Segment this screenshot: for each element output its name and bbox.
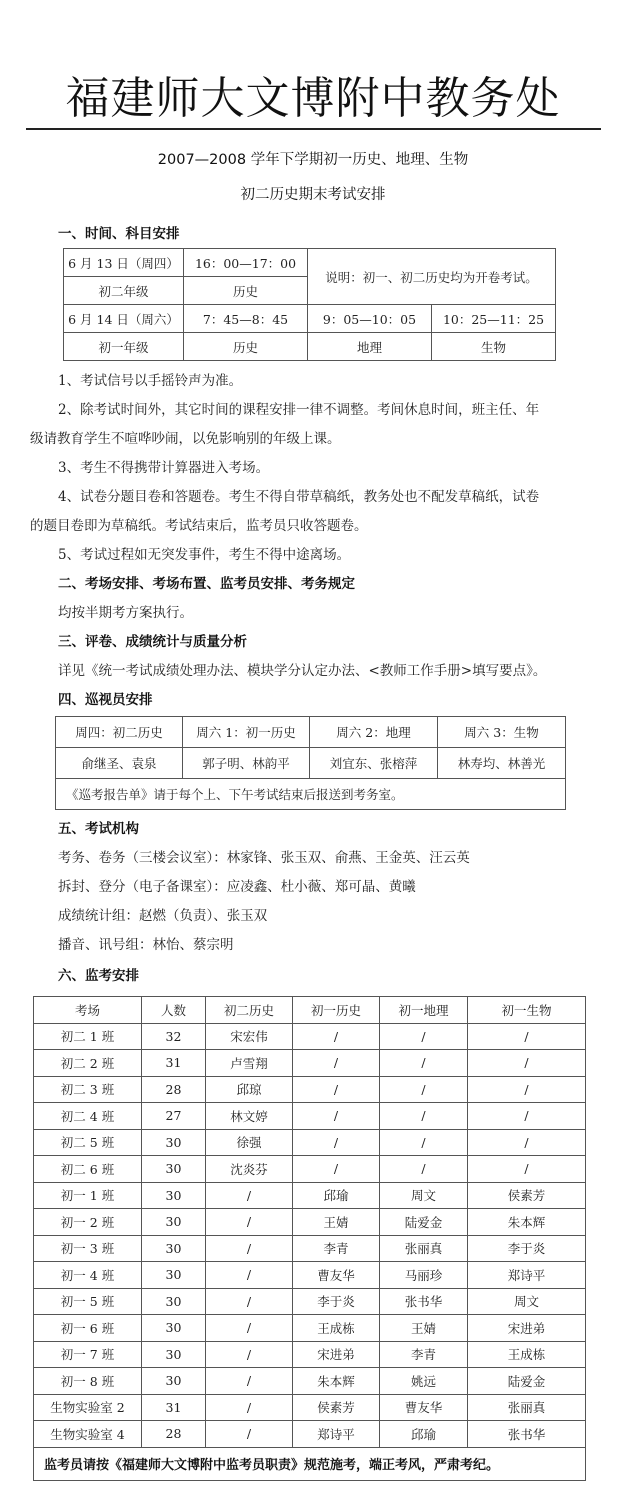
proctor: /	[293, 1076, 380, 1103]
schedule-time-g8-history: 16：00—17：00	[184, 249, 308, 277]
count: 30	[142, 1209, 206, 1236]
proctor: 沈炎芬	[206, 1156, 293, 1183]
proctor: 郑诗平	[293, 1421, 380, 1448]
proctor: 邱琼	[206, 1076, 293, 1103]
proctor: /	[380, 1129, 468, 1156]
room: 初二 5 班	[34, 1129, 142, 1156]
room: 初二 1 班	[34, 1023, 142, 1050]
patrol-table: 周四：初二历史 周六 1：初一历史 周六 2：地理 周六 3：生物 俞继圣、袁泉…	[55, 716, 566, 810]
table-row: 生物实验室 231/侯素芳曹友华张丽真	[34, 1394, 586, 1421]
room: 初二 6 班	[34, 1156, 142, 1183]
room: 初一 3 班	[34, 1235, 142, 1262]
proctor: 李青	[380, 1341, 468, 1368]
schedule-subject-g8-history: 历史	[184, 277, 308, 305]
table-row: 初二 1 班32宋宏伟///	[34, 1023, 586, 1050]
count: 27	[142, 1103, 206, 1130]
schedule-note: 说明：初一、初二历史均为开卷考试。	[308, 249, 556, 305]
proctor-col-g7-biology: 初一生物	[468, 997, 586, 1024]
organization-line-broadcast: 播音、讯号组：林怡、蔡宗明	[58, 936, 234, 954]
organization-line-exam-affairs: 考务、卷务（三楼会议室）：林家锋、张玉双、俞燕、王金英、汪云英	[58, 849, 470, 867]
proctor: 曹友华	[293, 1262, 380, 1289]
proctor: 周文	[468, 1288, 586, 1315]
proctor: /	[206, 1421, 293, 1448]
room: 生物实验室 2	[34, 1394, 142, 1421]
document-title-line1: 2007—2008 学年下学期初一历史、地理、生物	[0, 150, 626, 170]
proctor: 宋宏伟	[206, 1023, 293, 1050]
count: 31	[142, 1394, 206, 1421]
count: 30	[142, 1262, 206, 1289]
patrol-names: 俞继圣、袁泉	[56, 748, 183, 779]
patrol-note: 《巡考报告单》请于每个上、下午考试结束后报送到考务室。	[56, 779, 566, 810]
table-row: 初一 5 班30/李于炎张书华周文	[34, 1288, 586, 1315]
proctor-col-room: 考场	[34, 997, 142, 1024]
room: 初二 3 班	[34, 1076, 142, 1103]
proctor: 王成栋	[468, 1341, 586, 1368]
proctor: 陆爱金	[380, 1209, 468, 1236]
proctor: 张书华	[468, 1421, 586, 1448]
proctor-col-g8-history: 初二历史	[206, 997, 293, 1024]
count: 30	[142, 1288, 206, 1315]
table-row: 初一 2 班30/王婧陆爱金朱本辉	[34, 1209, 586, 1236]
rule-1: 1、考试信号以手摇铃声为准。	[58, 372, 242, 390]
proctor: /	[293, 1023, 380, 1050]
proctor: 曹友华	[380, 1394, 468, 1421]
proctor: 王婧	[380, 1315, 468, 1342]
table-row: 初一 3 班30/李青张丽真李于炎	[34, 1235, 586, 1262]
proctor: 李青	[293, 1235, 380, 1262]
proctor: 张丽真	[380, 1235, 468, 1262]
table-row: 初二 3 班28邱琼///	[34, 1076, 586, 1103]
grading-body: 详见《统一考试成绩处理办法、模块学分认定办法、<教师工作手册>填写要点》。	[58, 662, 546, 680]
count: 30	[142, 1315, 206, 1342]
schedule-grade-g7: 初一年级	[64, 333, 184, 361]
proctor: /	[468, 1050, 586, 1077]
proctor: /	[206, 1288, 293, 1315]
proctor: /	[380, 1156, 468, 1183]
count: 30	[142, 1182, 206, 1209]
table-row: 初二 4 班27林文婷///	[34, 1103, 586, 1130]
proctor: /	[468, 1023, 586, 1050]
rule-2-line2: 级请教育学生不喧哗吵闹，以免影响别的年级上课。	[30, 430, 341, 448]
count: 30	[142, 1341, 206, 1368]
proctor: 邱瑜	[380, 1421, 468, 1448]
rule-4-line2: 的题目卷即为草稿纸。考试结束后，监考员只收答题卷。	[30, 517, 368, 535]
rule-4-line1: 4、试卷分题目卷和答题卷。考生不得自带草稿纸，教务处也不配发草稿纸，试卷	[58, 488, 539, 506]
proctor: 侯素芳	[468, 1182, 586, 1209]
proctor: 马丽珍	[380, 1262, 468, 1289]
table-row: 生物实验室 428/郑诗平邱瑜张书华	[34, 1421, 586, 1448]
proctor: /	[380, 1023, 468, 1050]
proctor: 宋进弟	[293, 1341, 380, 1368]
masthead-divider	[26, 128, 601, 130]
patrol-header: 周四：初二历史	[56, 717, 183, 748]
proctor: /	[468, 1156, 586, 1183]
proctor: 侯素芳	[293, 1394, 380, 1421]
proctor: /	[206, 1368, 293, 1395]
patrol-header: 周六 3：生物	[438, 717, 566, 748]
section-heading-arrangements: 二、考场安排、考场布置、监考员安排、考务规定	[58, 575, 355, 593]
table-row: 初一 8 班30/朱本辉姚远陆爱金	[34, 1368, 586, 1395]
count: 30	[142, 1156, 206, 1183]
schedule-subject-g7-biology: 生物	[432, 333, 556, 361]
proctor: 王成栋	[293, 1315, 380, 1342]
masthead-title: 福建师大文博附中教务处	[0, 72, 626, 126]
room: 生物实验室 4	[34, 1421, 142, 1448]
proctor: /	[206, 1209, 293, 1236]
rule-2-line1: 2、除考试时间外，其它时间的课程安排一律不调整。考间休息时间，班主任、年	[58, 401, 539, 419]
section-heading-proctoring: 六、监考安排	[58, 967, 139, 985]
proctor: 周文	[380, 1182, 468, 1209]
proctor-table: 考场 人数 初二历史 初一历史 初一地理 初一生物 初二 1 班32宋宏伟///…	[33, 996, 586, 1481]
proctor: /	[293, 1103, 380, 1130]
table-row: 初一 7 班30/宋进弟李青王成栋	[34, 1341, 586, 1368]
proctor: 郑诗平	[468, 1262, 586, 1289]
proctor: 李于炎	[468, 1235, 586, 1262]
proctor-footer-note: 监考员请按《福建师大文博附中监考员职责》规范施考，端正考风，严肃考纪。	[34, 1447, 586, 1480]
proctor: /	[380, 1103, 468, 1130]
room: 初一 4 班	[34, 1262, 142, 1289]
organization-line-unsealing: 拆封、登分（电子备课室）：应凌鑫、杜小薇、郑可晶、黄曦	[58, 878, 416, 896]
room: 初二 2 班	[34, 1050, 142, 1077]
patrol-names: 刘宜东、张榕萍	[310, 748, 438, 779]
room: 初一 8 班	[34, 1368, 142, 1395]
proctor-col-g7-geography: 初一地理	[380, 997, 468, 1024]
section-heading-schedule: 一、时间、科目安排	[58, 225, 180, 243]
table-row: 初二 2 班31卢雪翔///	[34, 1050, 586, 1077]
proctor: /	[206, 1262, 293, 1289]
count: 31	[142, 1050, 206, 1077]
proctor: /	[206, 1182, 293, 1209]
room: 初一 7 班	[34, 1341, 142, 1368]
proctor-table-header-row: 考场 人数 初二历史 初一历史 初一地理 初一生物	[34, 997, 586, 1024]
proctor: /	[206, 1235, 293, 1262]
count: 28	[142, 1076, 206, 1103]
proctor-footer-row: 监考员请按《福建师大文博附中监考员职责》规范施考，端正考风，严肃考纪。	[34, 1447, 586, 1480]
patrol-header: 周六 1：初一历史	[183, 717, 310, 748]
proctor: /	[293, 1050, 380, 1077]
schedule-grade-g8: 初二年级	[64, 277, 184, 305]
table-row: 初一 1 班30/邱瑜周文侯素芳	[34, 1182, 586, 1209]
schedule-time-g7-geography: 9：05—10：05	[308, 305, 432, 333]
patrol-header: 周六 2：地理	[310, 717, 438, 748]
proctor: 张书华	[380, 1288, 468, 1315]
table-row: 初二 6 班30沈炎芬///	[34, 1156, 586, 1183]
rule-5: 5、考试过程如无突发事件，考生不得中途离场。	[58, 546, 350, 564]
proctor: /	[206, 1341, 293, 1368]
schedule-time-g7-history: 7：45—8：45	[184, 305, 308, 333]
proctor: 朱本辉	[293, 1368, 380, 1395]
document-title-line2: 初二历史期末考试安排	[0, 185, 626, 205]
room: 初一 1 班	[34, 1182, 142, 1209]
proctor-col-g7-history: 初一历史	[293, 997, 380, 1024]
proctor: 陆爱金	[468, 1368, 586, 1395]
room: 初一 6 班	[34, 1315, 142, 1342]
section-heading-patrol: 四、巡视员安排	[58, 691, 153, 709]
proctor: /	[468, 1076, 586, 1103]
schedule-subject-g7-history: 历史	[184, 333, 308, 361]
section-heading-organization: 五、考试机构	[58, 820, 139, 838]
count: 30	[142, 1368, 206, 1395]
patrol-names: 林寿均、林善光	[438, 748, 566, 779]
room: 初一 5 班	[34, 1288, 142, 1315]
proctor-col-count: 人数	[142, 997, 206, 1024]
proctor: /	[293, 1129, 380, 1156]
proctor: /	[206, 1315, 293, 1342]
count: 30	[142, 1129, 206, 1156]
room: 初一 2 班	[34, 1209, 142, 1236]
patrol-names: 郭子明、林韵平	[183, 748, 310, 779]
proctor: 李于炎	[293, 1288, 380, 1315]
proctor: /	[293, 1156, 380, 1183]
proctor: 姚远	[380, 1368, 468, 1395]
rule-3: 3、考生不得携带计算器进入考场。	[58, 459, 269, 477]
proctor: /	[468, 1129, 586, 1156]
proctor: 宋进弟	[468, 1315, 586, 1342]
proctor: 朱本辉	[468, 1209, 586, 1236]
schedule-subject-g7-geography: 地理	[308, 333, 432, 361]
schedule-table: 6 月 13 日（周四） 16：00—17：00 说明：初一、初二历史均为开卷考…	[63, 248, 556, 361]
schedule-date-jun14: 6 月 14 日（周六）	[64, 305, 184, 333]
table-row: 初二 5 班30徐强///	[34, 1129, 586, 1156]
count: 28	[142, 1421, 206, 1448]
proctor: 卢雪翔	[206, 1050, 293, 1077]
proctor: 王婧	[293, 1209, 380, 1236]
proctor: /	[380, 1050, 468, 1077]
count: 30	[142, 1235, 206, 1262]
room: 初二 4 班	[34, 1103, 142, 1130]
section-heading-grading: 三、评卷、成绩统计与质量分析	[58, 633, 247, 651]
proctor: /	[206, 1394, 293, 1421]
table-row: 初一 6 班30/王成栋王婧宋进弟	[34, 1315, 586, 1342]
arrangements-body: 均按半期考方案执行。	[58, 604, 193, 622]
proctor: 邱瑜	[293, 1182, 380, 1209]
table-row: 初一 4 班30/曹友华马丽珍郑诗平	[34, 1262, 586, 1289]
schedule-date-jun13: 6 月 13 日（周四）	[64, 249, 184, 277]
schedule-time-g7-biology: 10：25—11：25	[432, 305, 556, 333]
proctor: 张丽真	[468, 1394, 586, 1421]
proctor: 徐强	[206, 1129, 293, 1156]
proctor: /	[380, 1076, 468, 1103]
count: 32	[142, 1023, 206, 1050]
organization-line-statistics: 成绩统计组：赵燃（负责）、张玉双	[58, 907, 267, 925]
proctor: 林文婷	[206, 1103, 293, 1130]
proctor: /	[468, 1103, 586, 1130]
